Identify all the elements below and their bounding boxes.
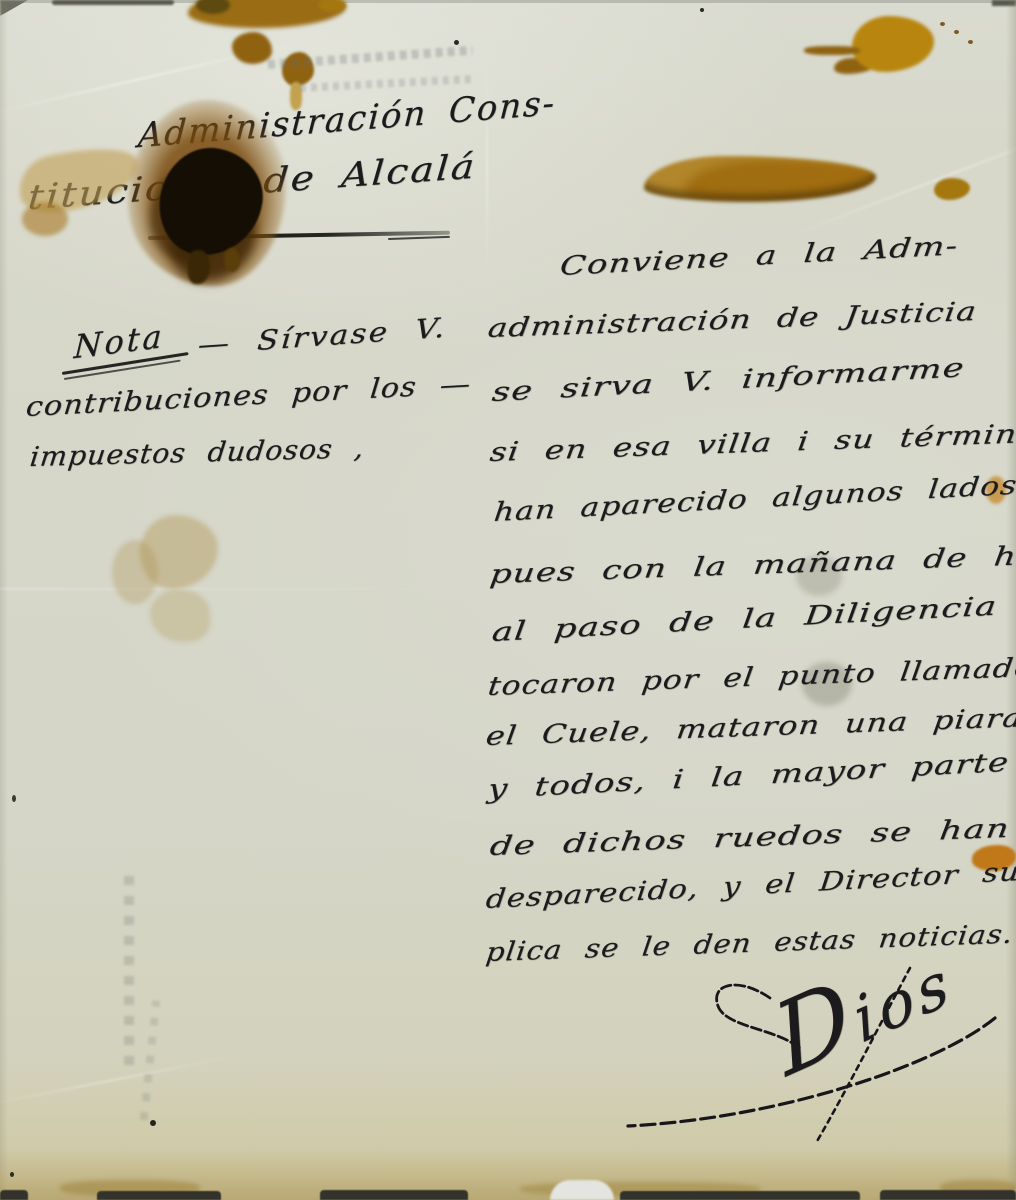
speck-2 bbox=[150, 1120, 156, 1126]
body-line-1: Conviene a la Adm- bbox=[558, 231, 959, 282]
note-line-3: impuestos dudosos , bbox=[28, 433, 366, 473]
speck-diagonal-2 bbox=[954, 30, 959, 34]
stain-blob-a bbox=[232, 32, 272, 64]
note-intro: — Sírvase V. bbox=[197, 312, 448, 361]
ghost-vertical-marks-2 bbox=[140, 1000, 160, 1120]
top-edge-dark-strip bbox=[52, 0, 174, 5]
body-line-4: si en esa villa i su término bbox=[488, 419, 1016, 468]
body-line-8: tocaron por el punto llamado bbox=[486, 653, 1016, 702]
ghost-text-line-2 bbox=[300, 75, 475, 92]
smudge-mid-left-c bbox=[150, 590, 210, 642]
body-line-12: desparecido, y el Director su- bbox=[484, 856, 1016, 915]
torn-edge-notch bbox=[550, 1180, 614, 1200]
stain-top-right-tail bbox=[804, 46, 860, 55]
torn-edge-seg-3 bbox=[320, 1190, 468, 1200]
torn-edge-seg-4 bbox=[620, 1191, 860, 1200]
crease-bottom-left bbox=[0, 1055, 235, 1107]
note-line-2: contribuciones por los — bbox=[25, 369, 473, 424]
left-edge-shadow bbox=[0, 0, 8, 1200]
ink-blot-tan-spot bbox=[22, 202, 68, 236]
speck-4 bbox=[700, 8, 704, 12]
header-underline-extension bbox=[388, 236, 450, 240]
body-line-6: pues con la mañana de hoy bbox=[488, 540, 1016, 590]
torn-edge-seg-1 bbox=[0, 1190, 28, 1200]
speck-5 bbox=[10, 1172, 14, 1177]
torn-edge-seg-5 bbox=[880, 1190, 1016, 1200]
manuscript-page: Administración Cons- titucional de Alcal… bbox=[0, 0, 1016, 1200]
body-line-7: al paso de la Diligencia bbox=[490, 591, 998, 648]
speck-3 bbox=[12, 795, 16, 802]
speck-1 bbox=[454, 40, 459, 45]
torn-edge-seg-2 bbox=[97, 1191, 221, 1200]
ink-blot-drip-2 bbox=[224, 248, 240, 272]
ghost-vertical-marks bbox=[124, 865, 134, 1065]
body-line-5: han aparecido algunos lados, bbox=[492, 470, 1016, 528]
stain-top-right-blob bbox=[852, 16, 934, 72]
body-line-10: y todos, i la mayor parte bbox=[486, 748, 1010, 806]
stain-smear-companion bbox=[934, 178, 970, 200]
stain-long-smear bbox=[644, 156, 876, 202]
ghost-text-line-1 bbox=[268, 46, 473, 69]
speck-diagonal-1 bbox=[940, 22, 945, 26]
body-line-9: el Cuele, mataron una piara bbox=[484, 703, 1016, 752]
body-line-3: se sirva V. informarme bbox=[490, 353, 966, 408]
signature-block: Dios bbox=[610, 958, 1016, 1178]
crease-horizontal-left bbox=[0, 588, 480, 590]
body-line-11: de dichos ruedos se han bbox=[488, 814, 1012, 862]
smudge-mid-left-b bbox=[112, 540, 158, 604]
speck-diagonal-3 bbox=[968, 40, 973, 44]
body-line-2: administración de Justicia bbox=[486, 297, 979, 344]
